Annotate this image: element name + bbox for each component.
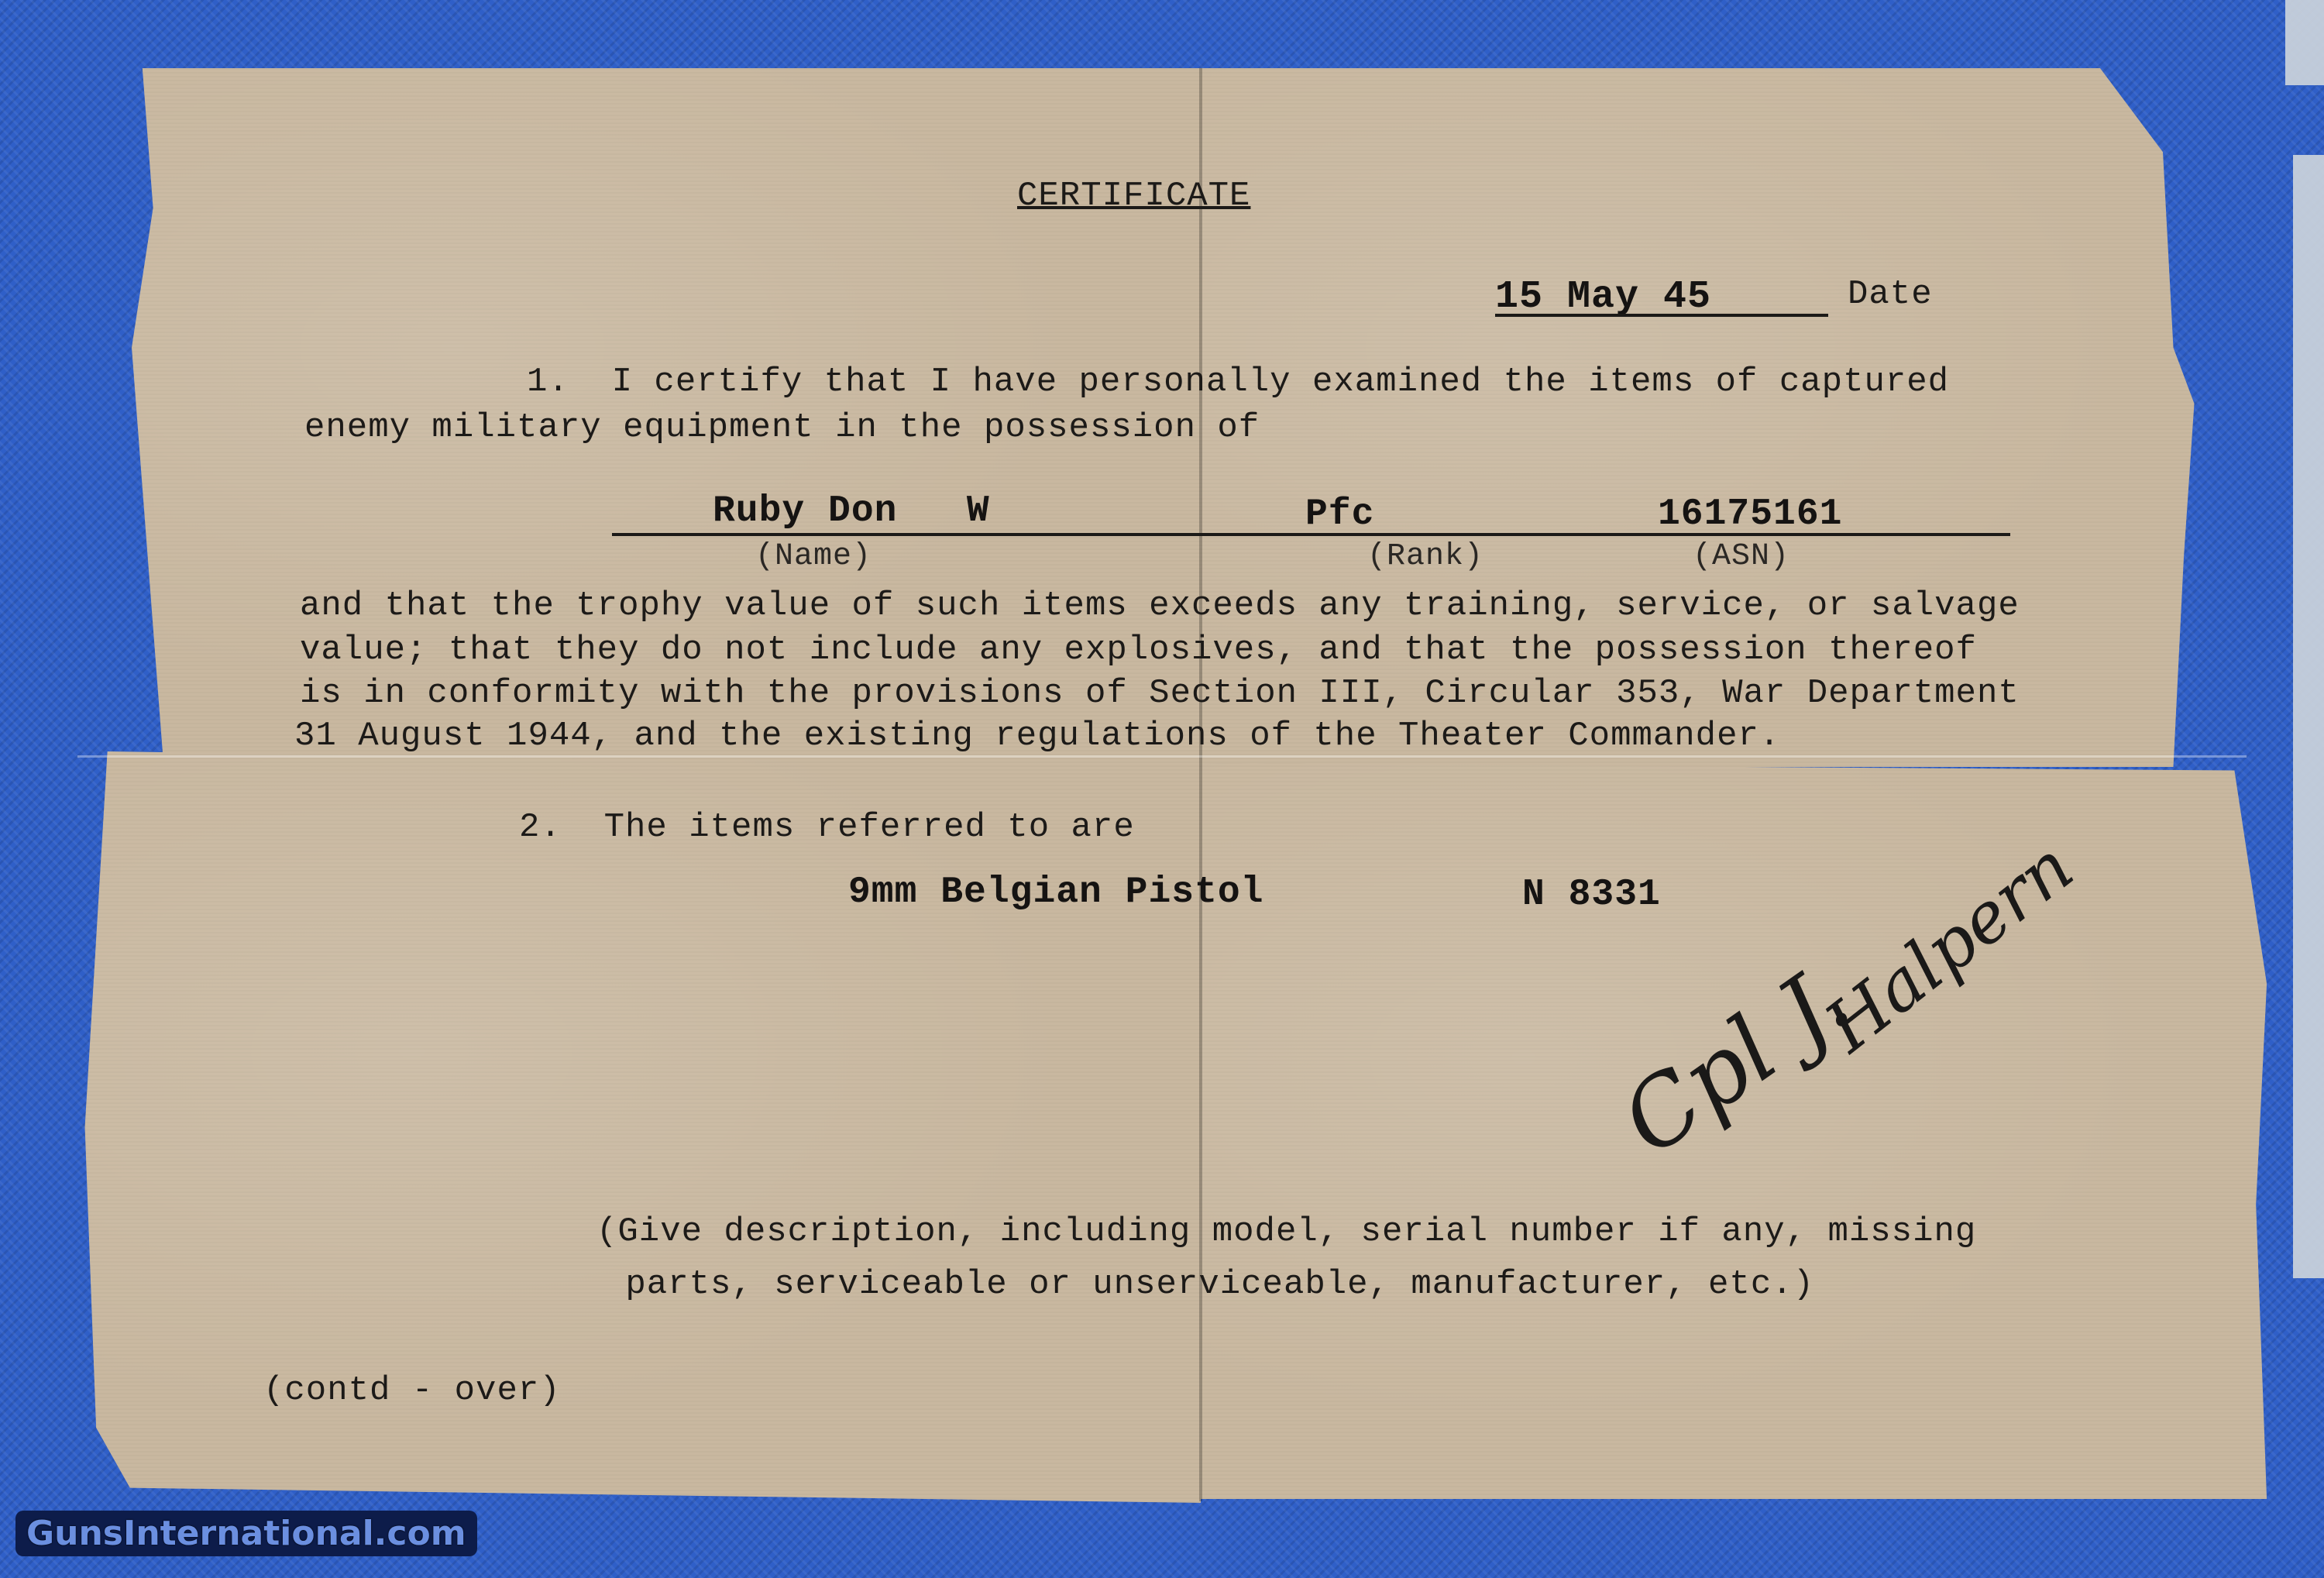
paper-quadrant-bottom-right: [1201, 763, 2278, 1499]
paragraph-1-line-2: enemy military equipment in the possessi…: [304, 408, 1260, 447]
instructions-line-1: (Give description, including model, seri…: [596, 1212, 1976, 1251]
possessor-asn: 16175161: [1658, 493, 1842, 535]
document-title: CERTIFICATE: [1017, 177, 1250, 215]
paragraph-1-cont-line-2: value; that they do not include any expl…: [300, 631, 1977, 669]
tissue-paper-top: [2285, 0, 2324, 85]
possessor-name: Ruby Don W: [713, 490, 990, 532]
item-serial: N 8331: [1522, 874, 1661, 916]
rank-field-label: (Rank): [1367, 539, 1483, 574]
paragraph-1-cont-line-1: and that the trophy value of such items …: [300, 586, 2020, 625]
horizontal-fold-crease: [77, 755, 2247, 758]
date-underline: [1495, 314, 1828, 317]
asn-field-label: (ASN): [1693, 539, 1789, 574]
possessor-underline: [612, 533, 2010, 536]
date-label: Date: [1848, 275, 1933, 314]
continuation-note: (contd - over): [263, 1371, 561, 1410]
site-watermark: GunsInternational.com: [15, 1511, 477, 1556]
instructions-line-2: parts, serviceable or unserviceable, man…: [604, 1265, 1814, 1304]
paragraph-1-cont-line-4: 31 August 1944, and the existing regulat…: [294, 717, 1780, 755]
name-field-label: (Name): [755, 539, 871, 574]
paper-quadrant-bottom-left: [74, 751, 1201, 1503]
possessor-rank: Pfc: [1305, 493, 1374, 535]
item-description: 9mm Belgian Pistol: [848, 872, 1263, 913]
tissue-paper-right: [2293, 155, 2324, 1278]
paragraph-1-line-1: 1. I certify that I have personally exam…: [527, 363, 1949, 401]
paragraph-2-intro: 2. The items referred to are: [519, 808, 1135, 847]
paragraph-1-cont-line-3: is in conformity with the provisions of …: [300, 674, 2020, 713]
date-value: 15 May 45: [1495, 275, 1711, 319]
